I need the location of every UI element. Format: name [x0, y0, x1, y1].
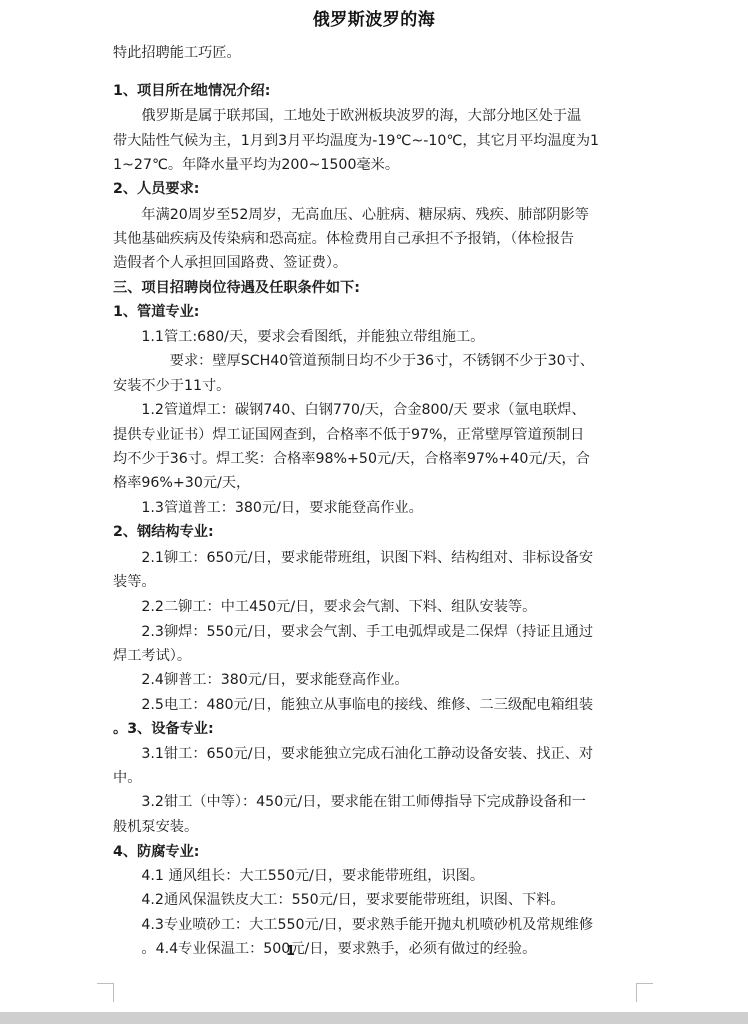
- section-heading: 2、钢结构专业:: [113, 521, 214, 541]
- text-line: 4.1 通风组长：大工550元/日，要求能带班组，识图。: [113, 865, 484, 885]
- text-line: 。4.4专业保温工：500元/日，要求熟手，必须有做过的经验。: [113, 938, 536, 958]
- text-line: 1.1管工:680/天，要求会看图纸，并能独立带组施工。: [113, 326, 484, 346]
- page-separator-bar: [0, 1012, 748, 1024]
- text-line: 提供专业证书）焊工证国网查到，合格率不低于97%，正常壁厚管道预制日: [113, 424, 584, 444]
- page-number: 1: [286, 944, 295, 959]
- document-title: 俄罗斯波罗的海: [0, 5, 748, 30]
- text-line: 4.2通风保温铁皮大工：550元/日，要求要能带班组，识图、下料。: [113, 889, 565, 909]
- text-line: 其他基础疾病及传染病和恐高症。体检费用自己承担不予报销，（体检报告: [113, 228, 574, 248]
- text-line: 2.2二铆工：中工450元/日，要求会气割、下料、组队安装等。: [113, 596, 536, 616]
- section-heading: 。3、设备专业:: [113, 718, 214, 738]
- section-heading: 2、人员要求:: [113, 178, 199, 198]
- text-line: 1.3管道普工：380元/日，要求能登高作业。: [113, 497, 423, 517]
- text-line: 带大陆性气候为主，1月到3月平均温度为-19℃~-10℃，其它月平均温度为1: [113, 130, 599, 150]
- text-line: 2.1铆工：650元/日，要求能带班组，识图下料、结构组对、非标设备安: [113, 547, 593, 567]
- text-line: 俄罗斯是属于联邦国，工地处于欧洲板块波罗的海，大部分地区处于温: [113, 105, 581, 125]
- text-line: 造假者个人承担回国路费、签证费）。: [113, 252, 347, 272]
- text-line: 装等。: [113, 571, 156, 591]
- text-line: 2.5电工：480元/日，能独立从事临电的接线、维修、二三级配电箱组装: [113, 694, 593, 714]
- text-line: 2.3铆焊：550元/日，要求会气割、手工电弧焊或是二保焊（持证且通过: [113, 621, 593, 641]
- section-heading: 1、管道专业:: [113, 301, 199, 321]
- text-line: 要求：壁厚SCH40管道预制日均不少于36寸，不锈钢不少于30寸、: [113, 350, 594, 370]
- text-line: 中。: [113, 767, 141, 787]
- text-line: 1~27℃。年降水量平均为200~1500毫米。: [113, 154, 399, 174]
- text-line: 1.2管道焊工：碳钢740、白钢770/天，合金800/天 要求（氩电联焊、: [113, 399, 586, 419]
- section-heading: 三、项目招聘岗位待遇及任职条件如下:: [113, 277, 360, 297]
- section-heading: 1、项目所在地情况介绍:: [113, 80, 270, 100]
- page-corner-mark-left: [97, 983, 114, 1002]
- document-page: 俄罗斯波罗的海 特此招聘能工巧匠。1、项目所在地情况介绍: 俄罗斯是属于联邦国，…: [0, 0, 748, 1010]
- text-line: 特此招聘能工巧匠。: [113, 42, 241, 62]
- text-line: 3.2钳工（中等）：450元/日，要求能在钳工师傅指导下完成静设备和一: [113, 791, 586, 811]
- text-line: 均不少于36寸。焊工奖：合格率98%+50元/天，合格率97%+40元/天，合: [113, 448, 590, 468]
- text-line: 4.3专业喷砂工：大工550元/日，要求熟手能开抛丸机喷砂机及常规维修: [113, 914, 593, 934]
- text-line: 2.4铆普工：380元/日，要求能登高作业。: [113, 669, 409, 689]
- text-line: 般机泵安装。: [113, 816, 198, 836]
- page-corner-mark-right: [636, 983, 653, 1002]
- text-line: 格率96%+30元/天，: [113, 472, 250, 492]
- text-line: 安装不少于11寸。: [113, 375, 230, 395]
- text-line: 年满20周岁至52周岁，无高血压、心脏病、糖尿病、残疾、肺部阴影等: [113, 204, 589, 224]
- text-line: 3.1钳工：650元/日，要求能独立完成石油化工静动设备安装、找正、对: [113, 743, 593, 763]
- text-line: 焊工考试）。: [113, 645, 191, 665]
- section-heading: 4、防腐专业:: [113, 841, 199, 861]
